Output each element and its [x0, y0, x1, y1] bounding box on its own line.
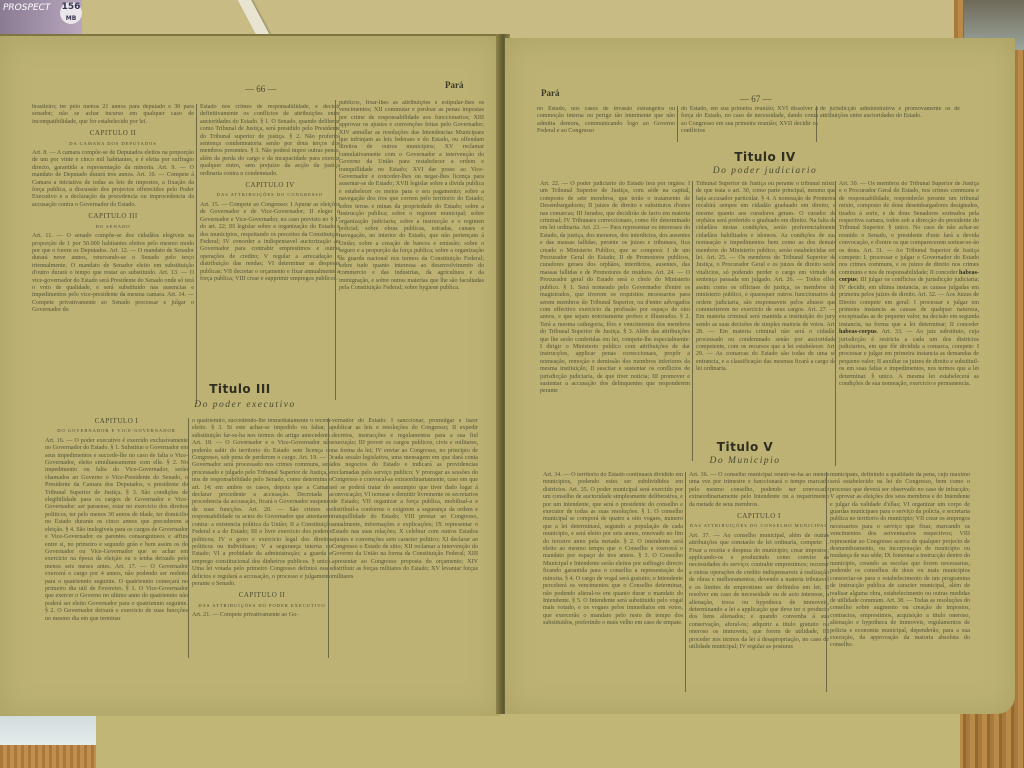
paragraph: municipaes, definindo a qualidade da pen… — [830, 472, 970, 650]
column-right-bottom-2: Art. 36. — O conselho municipal reunir-s… — [685, 472, 829, 692]
chapter-subheading: DAS ATTRIBUIÇÕES DO CONSELHO MUNICIPAL — [689, 522, 829, 529]
paragraph: Art. 11. — O senado compõe-se dos cidadã… — [32, 233, 194, 314]
title-heading: Titulo V — [685, 440, 805, 454]
chapter-subheading: DO SENADO — [32, 223, 194, 230]
paragraph: Art. 21. — Compete privativamente ao Go- — [192, 612, 332, 619]
state-header: Pará — [445, 80, 464, 90]
chapter-subheading: DA CAMARA DOS DEPUTADOS — [32, 140, 194, 147]
paragraph: Art. 37. — Ao conselho municipal, além d… — [689, 533, 829, 652]
column-left-bottom-3: vernador do Estado: I sanccionar, promul… — [328, 418, 478, 658]
left-page: — 66 — Pará brasileiro; ter pelo menos 2… — [0, 34, 500, 716]
column-left-1: brasileiro; ter pelo menos 21 annos para… — [32, 104, 194, 404]
paragraph: Tribunal Superior de Justiça ou perante … — [696, 181, 836, 374]
paragraph: Estado nos crimes de responsabilidade, e… — [200, 104, 340, 178]
title-subheading: Do Municipio — [675, 456, 815, 466]
wood-table-bottom — [0, 745, 96, 768]
paragraph: de jurisdicção administrativa e promovam… — [820, 106, 960, 121]
chapter-heading: CAPITULO I — [689, 513, 829, 520]
paragraph: ; III julgar os conflictos de jurisdicçã… — [839, 277, 979, 327]
paragraph: o quatriennio, succedendo-lhe immediatam… — [192, 418, 332, 588]
paragraph: Art. 36. — O conselho municipal reunir-s… — [689, 472, 829, 509]
chapter-subheading: DO GOVERNADOR E VICE-GOVERNADOR — [45, 427, 188, 434]
title-subheading: Do poder executivo — [170, 400, 320, 410]
chapter-heading: CAPITULO II — [192, 592, 332, 599]
column-right-top-3: de jurisdicção administrativa e promovam… — [816, 106, 960, 142]
sticker-label: PROSPECT — [3, 3, 50, 13]
paragraph: publicos, fixar-lhes as attribuições e e… — [339, 100, 484, 293]
right-page: Pará — 67 — no Estado, nos casos de inva… — [505, 38, 1015, 714]
paragraph: Art. 30. — Os membros do Tribunal Superi… — [839, 181, 979, 276]
emphasis: habeas-corpus — [839, 329, 877, 335]
chapter-heading: CAPITULO II — [32, 130, 194, 137]
size-badge: 156 MB — [60, 2, 82, 24]
column-left-bottom-1: CAPITULO I DO GOVERNADOR E VICE-GOVERNAD… — [45, 414, 188, 670]
column-right-bottom-1: Art. 34. — O territorio do Estado contin… — [543, 472, 683, 692]
page-number: — 66 — — [245, 84, 277, 94]
chapter-heading: CAPITULO I — [45, 418, 188, 425]
title-subheading: Do poder judiciario — [685, 166, 845, 176]
paragraph: Art. 8. — A camara compõe-se de Deputado… — [32, 150, 194, 209]
paragraph: do Estado, em sua primeira reunião; XVI … — [681, 106, 818, 136]
column-right-mid-2: Tribunal Superior de Justiça ou perante … — [692, 181, 836, 461]
chapter-heading: CAPITULO IV — [200, 182, 340, 189]
paragraph: Art. 34. — O territorio do Estado contin… — [543, 472, 683, 628]
paragraph: Art. 22. — O poder judiciario do Estado … — [540, 181, 690, 396]
paragraph: no Estado, nos casos de invasão estrange… — [537, 106, 675, 136]
column-right-top-1: no Estado, nos casos de invasão estrange… — [537, 106, 675, 138]
paragraph: Art. 15. — Compete ao Congresso: I Apura… — [200, 202, 340, 283]
chapter-subheading: DAS ATTRIBUIÇÕES DO PODER EXECUTIVO — [192, 602, 332, 609]
column-left-bottom-2: o quatriennio, succedendo-lhe immediatam… — [188, 418, 332, 658]
title-heading: Titulo IV — [705, 150, 825, 164]
column-right-mid-3: Art. 30. — Os membros do Tribunal Superi… — [835, 181, 979, 466]
column-right-top-2: do Estado, em sua primeira reunião; XVI … — [677, 106, 818, 142]
column-left-3: publicos, fixar-lhes as attribuições e e… — [335, 100, 484, 400]
column-right-bottom-3: municipaes, definindo a qualidade da pen… — [826, 472, 970, 692]
page-number: — 67 — — [740, 94, 772, 104]
paragraph: Art. 16. — O poder executivo é exercido … — [45, 438, 188, 623]
column-right-mid-1: Art. 22. — O poder judiciario do Estado … — [540, 181, 690, 461]
paragraph: . Art. 33. — Ao juiz substituto, cuja ju… — [839, 329, 979, 387]
title-heading: Titulo III — [180, 382, 300, 396]
chapter-heading: CAPITULO III — [32, 213, 194, 220]
sticker: PROSPECT 156 MB — [0, 0, 82, 34]
state-header: Pará — [541, 88, 560, 98]
column-left-2: Estado nos crimes de responsabilidade, e… — [196, 104, 340, 404]
paragraph: vernador do Estado: I sanccionar, promul… — [332, 418, 478, 581]
chapter-subheading: DAS ATTRIBUIÇÕES DO CONGRESSO — [200, 191, 340, 198]
paragraph: brasileiro; ter pelo menos 21 annos para… — [32, 104, 194, 126]
